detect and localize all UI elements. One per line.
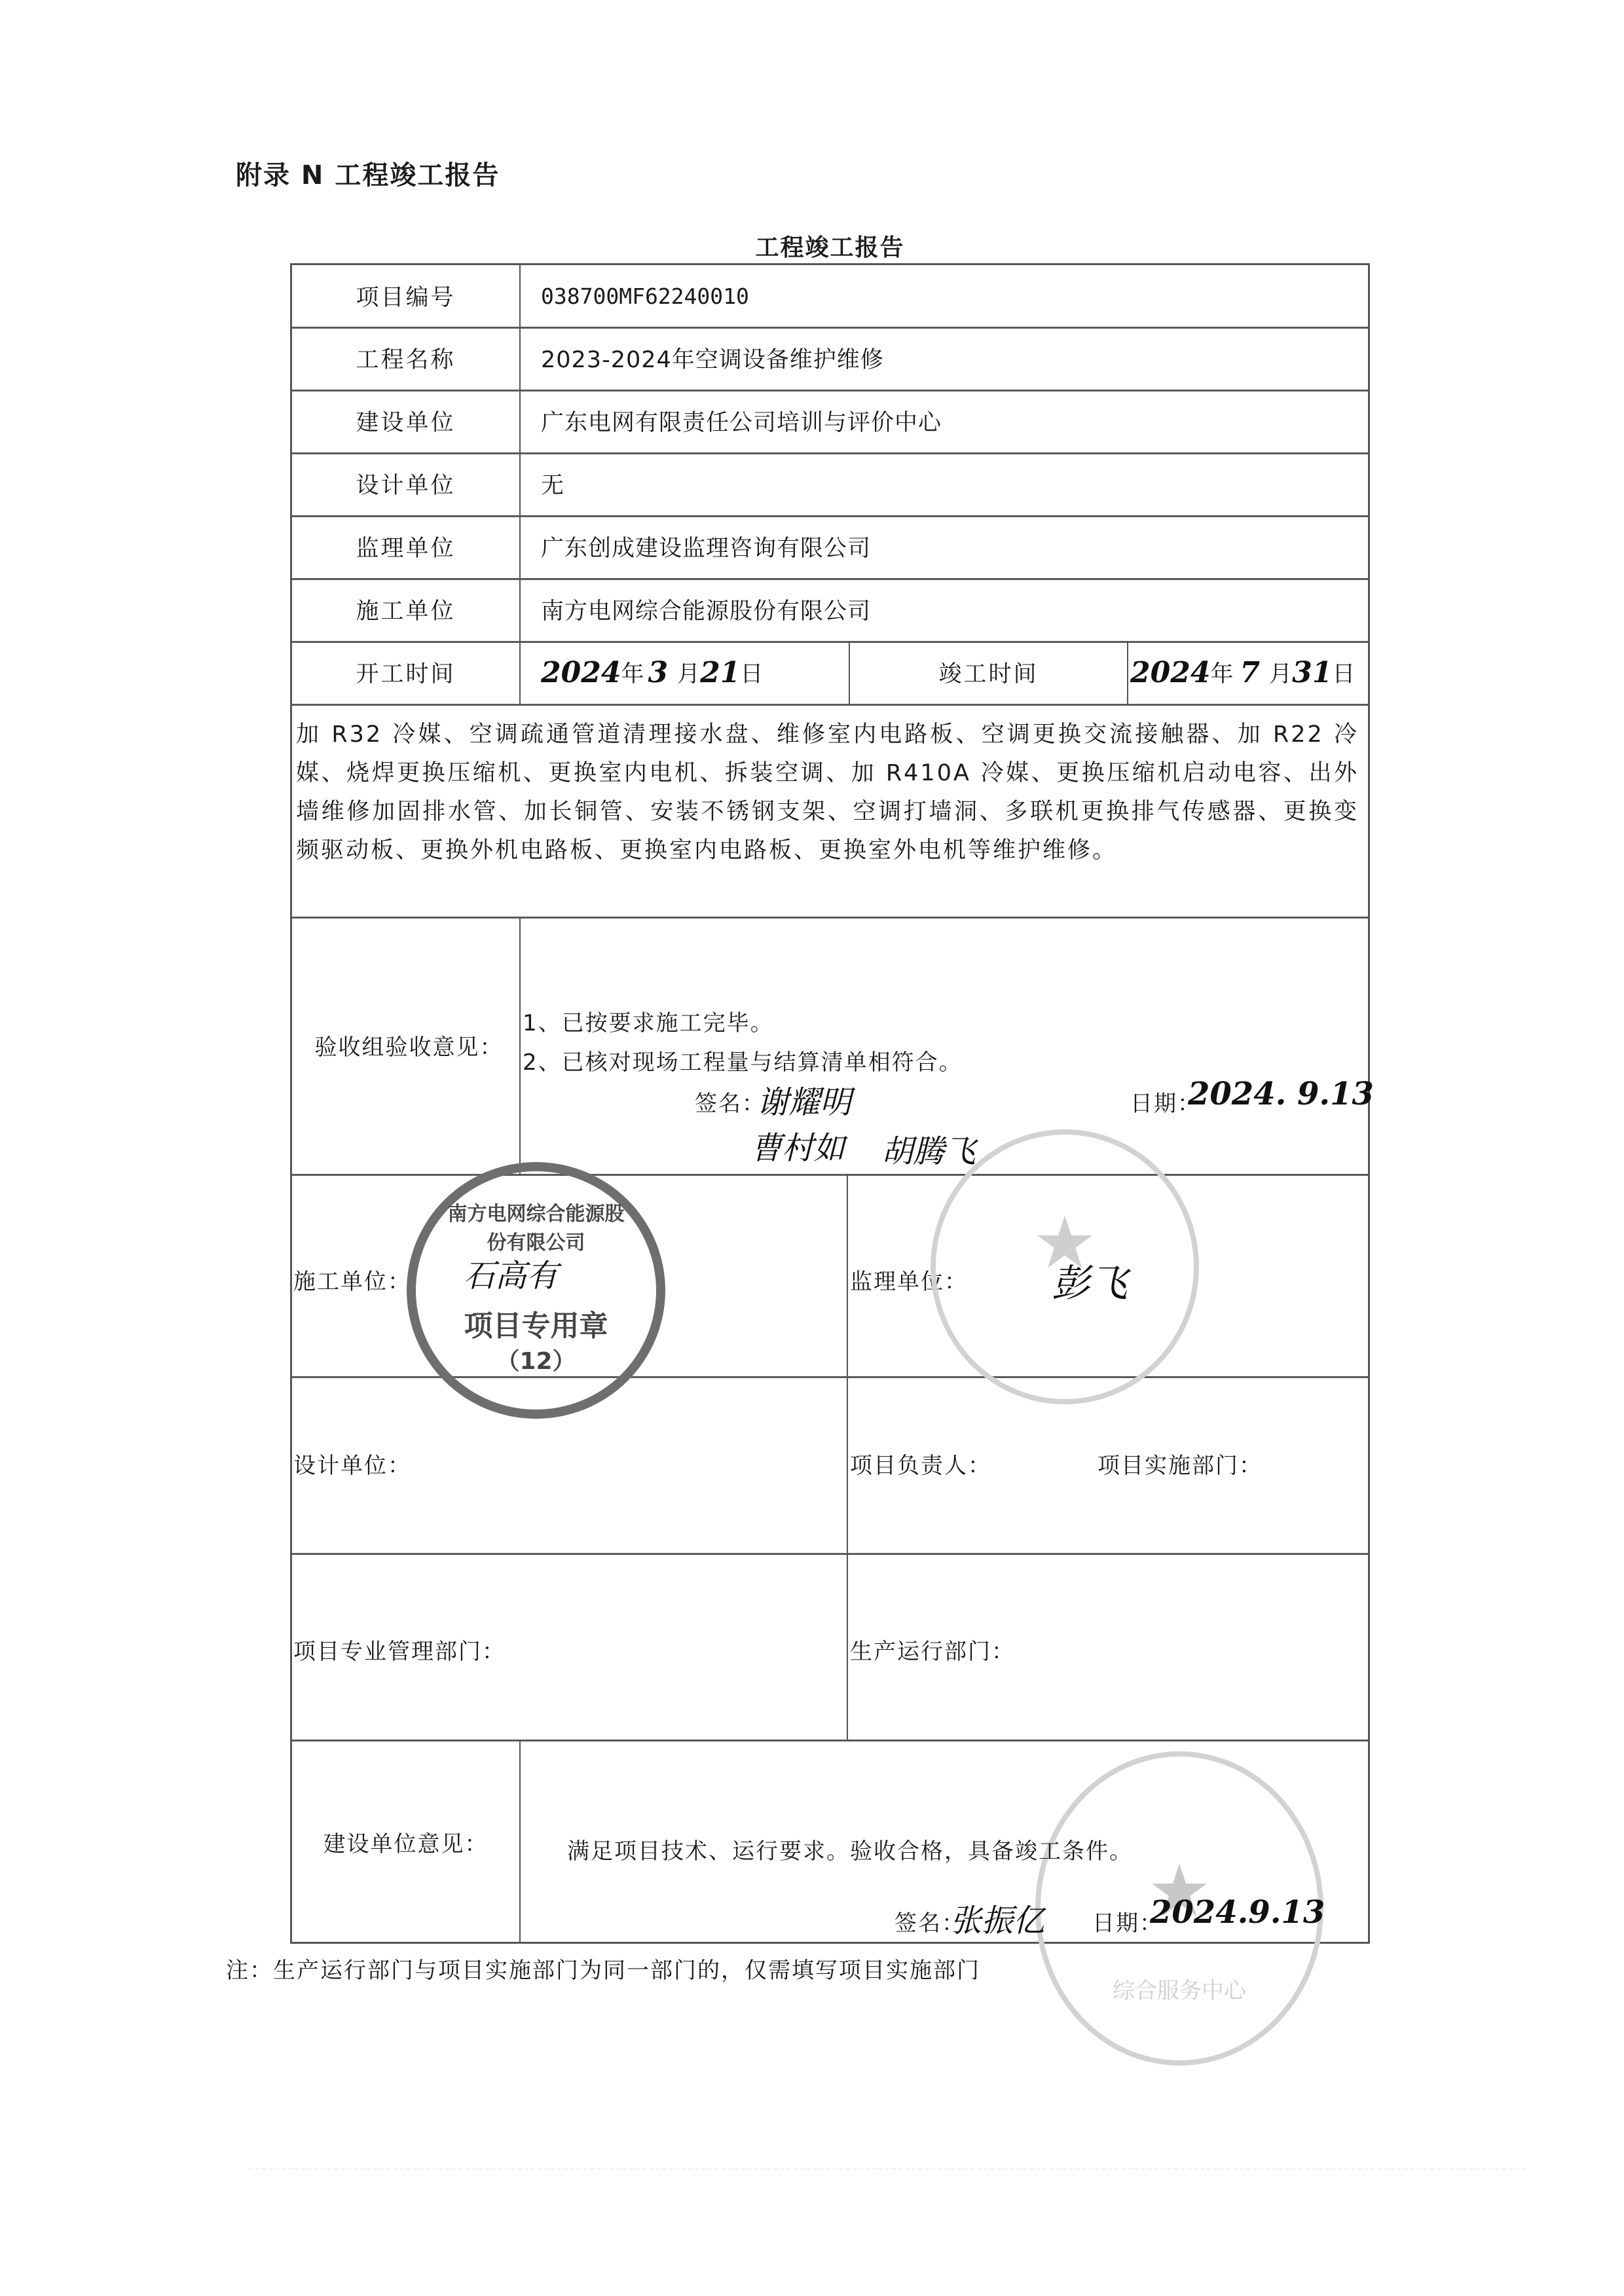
design-unit-value: 无	[521, 452, 1366, 515]
owner-signature: 张振亿	[950, 1895, 1044, 1941]
month-suffix: 月	[677, 656, 700, 689]
start-year: 2024	[541, 656, 621, 689]
construction-unit-label: 施工单位	[292, 578, 519, 641]
acceptance-item-2: 2、已核对现场工程量与结算清单相符合。	[523, 1044, 963, 1076]
owner-date: 2024.9.13	[1150, 1894, 1325, 1931]
day-suffix: 日	[1332, 656, 1355, 689]
start-date-label: 开工时间	[292, 641, 519, 704]
report-title: 工程竣工报告	[290, 229, 1370, 263]
supervision-unit-label: 监理单位	[292, 515, 519, 578]
project-no-label: 项目编号	[292, 265, 519, 327]
project-no-value: 038700MF62240010	[521, 265, 1366, 327]
construction-signature: 石高有	[464, 1250, 558, 1296]
design-unit-label: 设计单位	[292, 452, 519, 515]
impl-dept-label: 项目实施部门：	[1098, 1448, 1263, 1480]
finish-date-label: 竣工时间	[850, 641, 1127, 704]
month-suffix: 月	[1269, 656, 1292, 689]
start-day: 21	[700, 656, 740, 689]
day-suffix: 日	[740, 656, 763, 689]
acceptance-date: 2024. 9.13	[1188, 1076, 1374, 1112]
work-description: 加 R32 冷媒、空调疏通管道清理接水盘、维修室内电路板、空调更换交流接触器、加…	[296, 716, 1359, 870]
acceptance-signature-3: 胡腾飞	[881, 1126, 976, 1171]
owner-opinion-text: 满足项目技术、运行要求。验收合格，具备竣工条件。	[567, 1833, 1133, 1865]
acceptance-signature-1: 谢耀明	[757, 1077, 851, 1122]
acceptance-label: 验收组验收意见：	[299, 917, 519, 1174]
design-unit-sign-label: 设计单位：	[293, 1448, 411, 1480]
construction-unit-value: 南方电网综合能源股份有限公司	[521, 578, 1366, 641]
scan-artifact-line	[249, 2168, 1526, 2170]
finish-year: 2024	[1130, 656, 1210, 689]
completion-report-table: 项目编号 038700MF62240010 工程名称 2023-2024年空调设…	[290, 263, 1370, 1944]
supervision-unit-sign-label: 监理单位：	[850, 1264, 968, 1296]
ops-dept-label: 生产运行部门：	[850, 1633, 1015, 1666]
acceptance-signature-2: 曹村如	[750, 1123, 845, 1168]
supervision-unit-value: 广东创成建设监理咨询有限公司	[521, 515, 1366, 578]
acceptance-item-1: 1、已按要求施工完毕。	[523, 1005, 774, 1037]
project-name-value: 2023-2024年空调设备维护维修	[521, 327, 1366, 390]
owner-unit-label: 建设单位	[292, 390, 519, 452]
footnote: 注：生产运行部门与项目实施部门为同一部门的，仅需填写项目实施部门	[226, 1952, 980, 1984]
finish-month: 7	[1240, 656, 1260, 689]
year-suffix: 年	[621, 656, 644, 689]
start-month: 3	[648, 656, 668, 689]
stamp-center-text: 综合服务中心	[1041, 1973, 1318, 2005]
project-leader-label: 项目负责人：	[850, 1448, 991, 1480]
work-description-cell: 加 R32 冷媒、空调疏通管道清理接水盘、维修室内电路板、空调更换交流接触器、加…	[292, 704, 1368, 917]
acceptance-sign-label: 签名：	[695, 1085, 766, 1118]
stamp-number: （12）	[416, 1343, 656, 1376]
finish-date-value: 2024 年 7 月 31 日	[1130, 641, 1366, 704]
finish-day: 31	[1292, 656, 1332, 689]
construction-unit-sign-label: 施工单位：	[293, 1264, 411, 1296]
owner-unit-value: 广东电网有限责任公司培训与评价中心	[521, 390, 1366, 452]
stamp-center-text: 项目专用章	[416, 1302, 656, 1344]
mgmt-dept-label: 项目专业管理部门：	[293, 1633, 506, 1666]
supervision-signature: 彭飞	[1052, 1252, 1128, 1307]
start-date-value: 2024 年 3 月 21 日	[541, 641, 842, 704]
project-name-label: 工程名称	[292, 327, 519, 390]
owner-opinion-label: 建设单位意见：	[292, 1740, 519, 1944]
stamp-ring-text: 南方电网综合能源股份有限公司	[416, 1197, 656, 1255]
year-suffix: 年	[1210, 656, 1233, 689]
appendix-title: 附录 N 工程竣工报告	[236, 155, 500, 192]
